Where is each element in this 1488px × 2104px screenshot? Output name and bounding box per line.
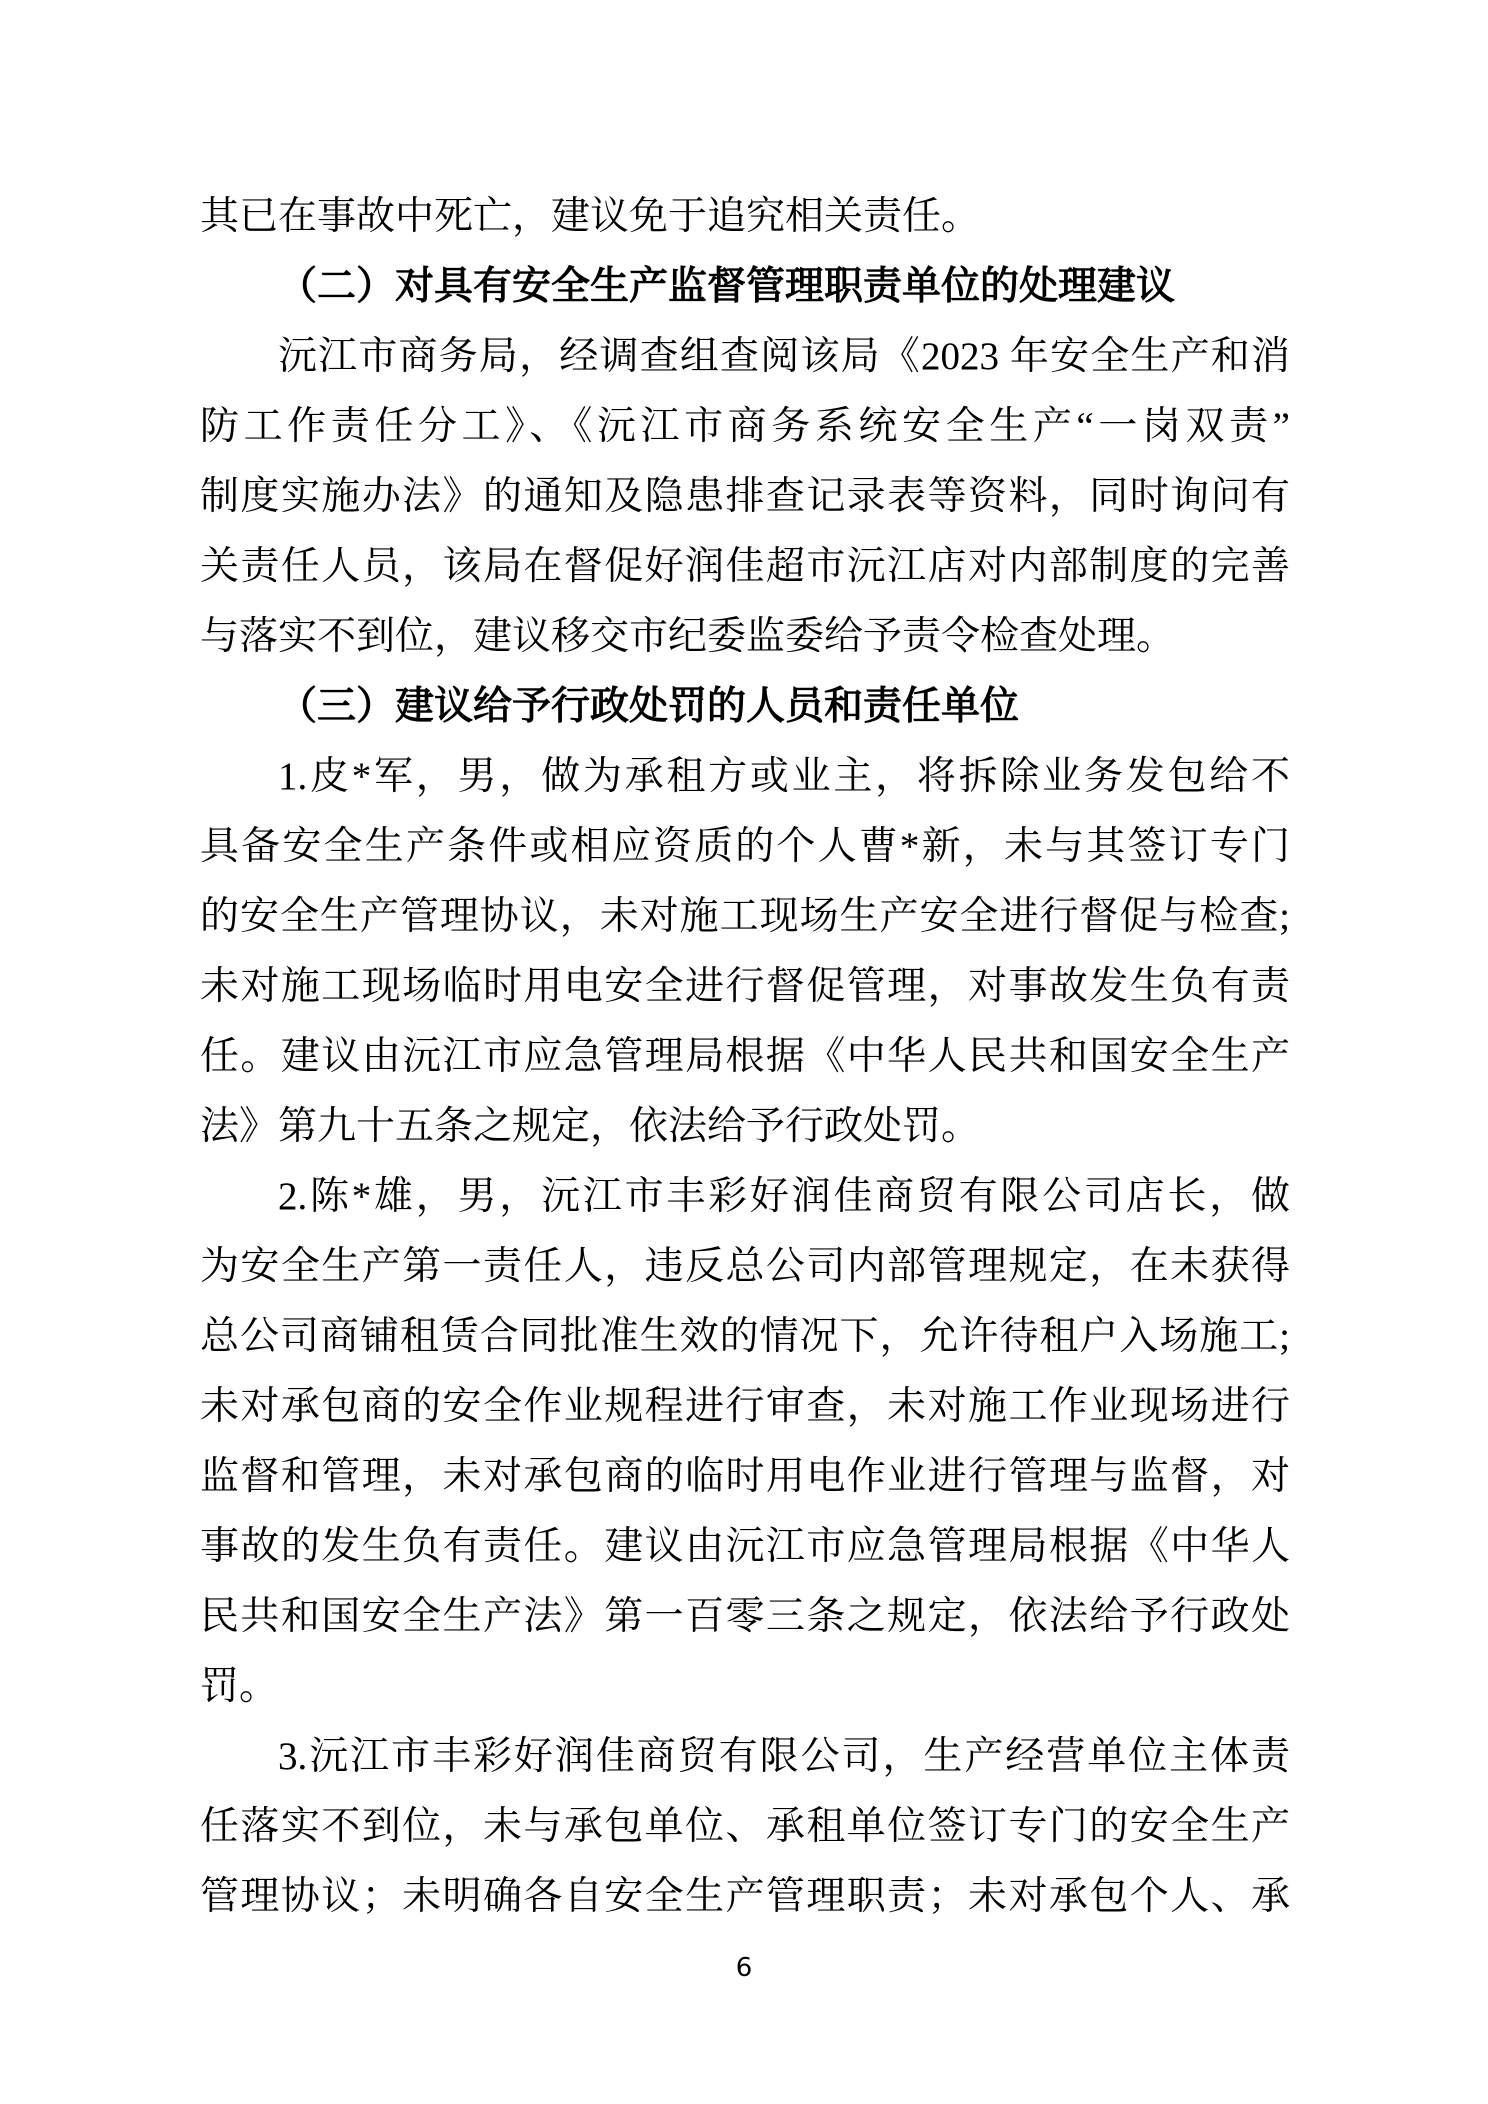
text-line: 的安全生产管理协议，未对施工现场生产安全进行督促与检查; xyxy=(200,882,1290,952)
text-line: 关责任人员，该局在督促好润佳超市沅江店对内部制度的完善 xyxy=(200,532,1290,602)
text-line: 总公司商铺租赁合同批准生效的情况下，允许待租户入场施工; xyxy=(200,1302,1290,1372)
text-line: 防工作责任分工》、《沅江市商务系统安全生产“一岗双责” xyxy=(200,392,1290,462)
text-line: 法》第九十五条之规定，依法给予行政处罚。 xyxy=(200,1092,1290,1162)
text-line: 管理协议；未明确各自安全生产管理职责；未对承包个人、承 xyxy=(200,1862,1290,1932)
text-line: 任落实不到位，未与承包单位、承租单位签订专门的安全生产 xyxy=(200,1792,1290,1862)
text-line: 具备安全生产条件或相应资质的个人曹*新，未与其签订专门 xyxy=(200,812,1290,882)
text-line: 未对承包商的安全作业规程进行审查，未对施工作业现场进行 xyxy=(200,1372,1290,1442)
document-body: 其已在事故中死亡，建议免于追究相关责任。（二）对具有安全生产监督管理职责单位的处… xyxy=(200,182,1290,1932)
text-line: 民共和国安全生产法》第一百零三条之规定，依法给予行政处 xyxy=(200,1582,1290,1652)
section-heading-line: （三）建议给予行政处罚的人员和责任单位 xyxy=(200,672,1290,742)
text-line: 事故的发生负有责任。建议由沅江市应急管理局根据《中华人 xyxy=(200,1512,1290,1582)
document-page: 其已在事故中死亡，建议免于追究相关责任。（二）对具有安全生产监督管理职责单位的处… xyxy=(0,0,1488,2104)
section-heading-line: （二）对具有安全生产监督管理职责单位的处理建议 xyxy=(200,252,1290,322)
text-line: 2.陈*雄，男，沅江市丰彩好润佳商贸有限公司店长，做 xyxy=(200,1162,1290,1232)
text-line: 其已在事故中死亡，建议免于追究相关责任。 xyxy=(200,182,1290,252)
text-line: 任。建议由沅江市应急管理局根据《中华人民共和国安全生产 xyxy=(200,1022,1290,1092)
text-line: 为安全生产第一责任人，违反总公司内部管理规定，在未获得 xyxy=(200,1232,1290,1302)
text-line: 罚。 xyxy=(200,1652,1290,1722)
text-line: 制度实施办法》的通知及隐患排查记录表等资料，同时询问有 xyxy=(200,462,1290,532)
text-line: 沅江市商务局，经调查组查阅该局《2023 年安全生产和消 xyxy=(200,322,1290,392)
text-line: 与落实不到位，建议移交市纪委监委给予责令检查处理。 xyxy=(200,602,1290,672)
text-line: 未对施工现场临时用电安全进行督促管理，对事故发生负有责 xyxy=(200,952,1290,1022)
text-line: 1.皮*军，男，做为承租方或业主，将拆除业务发包给不 xyxy=(200,742,1290,812)
page-number: 6 xyxy=(0,1948,1488,1988)
text-line: 监督和管理，未对承包商的临时用电作业进行管理与监督，对 xyxy=(200,1442,1290,1512)
text-line: 3.沅江市丰彩好润佳商贸有限公司，生产经营单位主体责 xyxy=(200,1722,1290,1792)
